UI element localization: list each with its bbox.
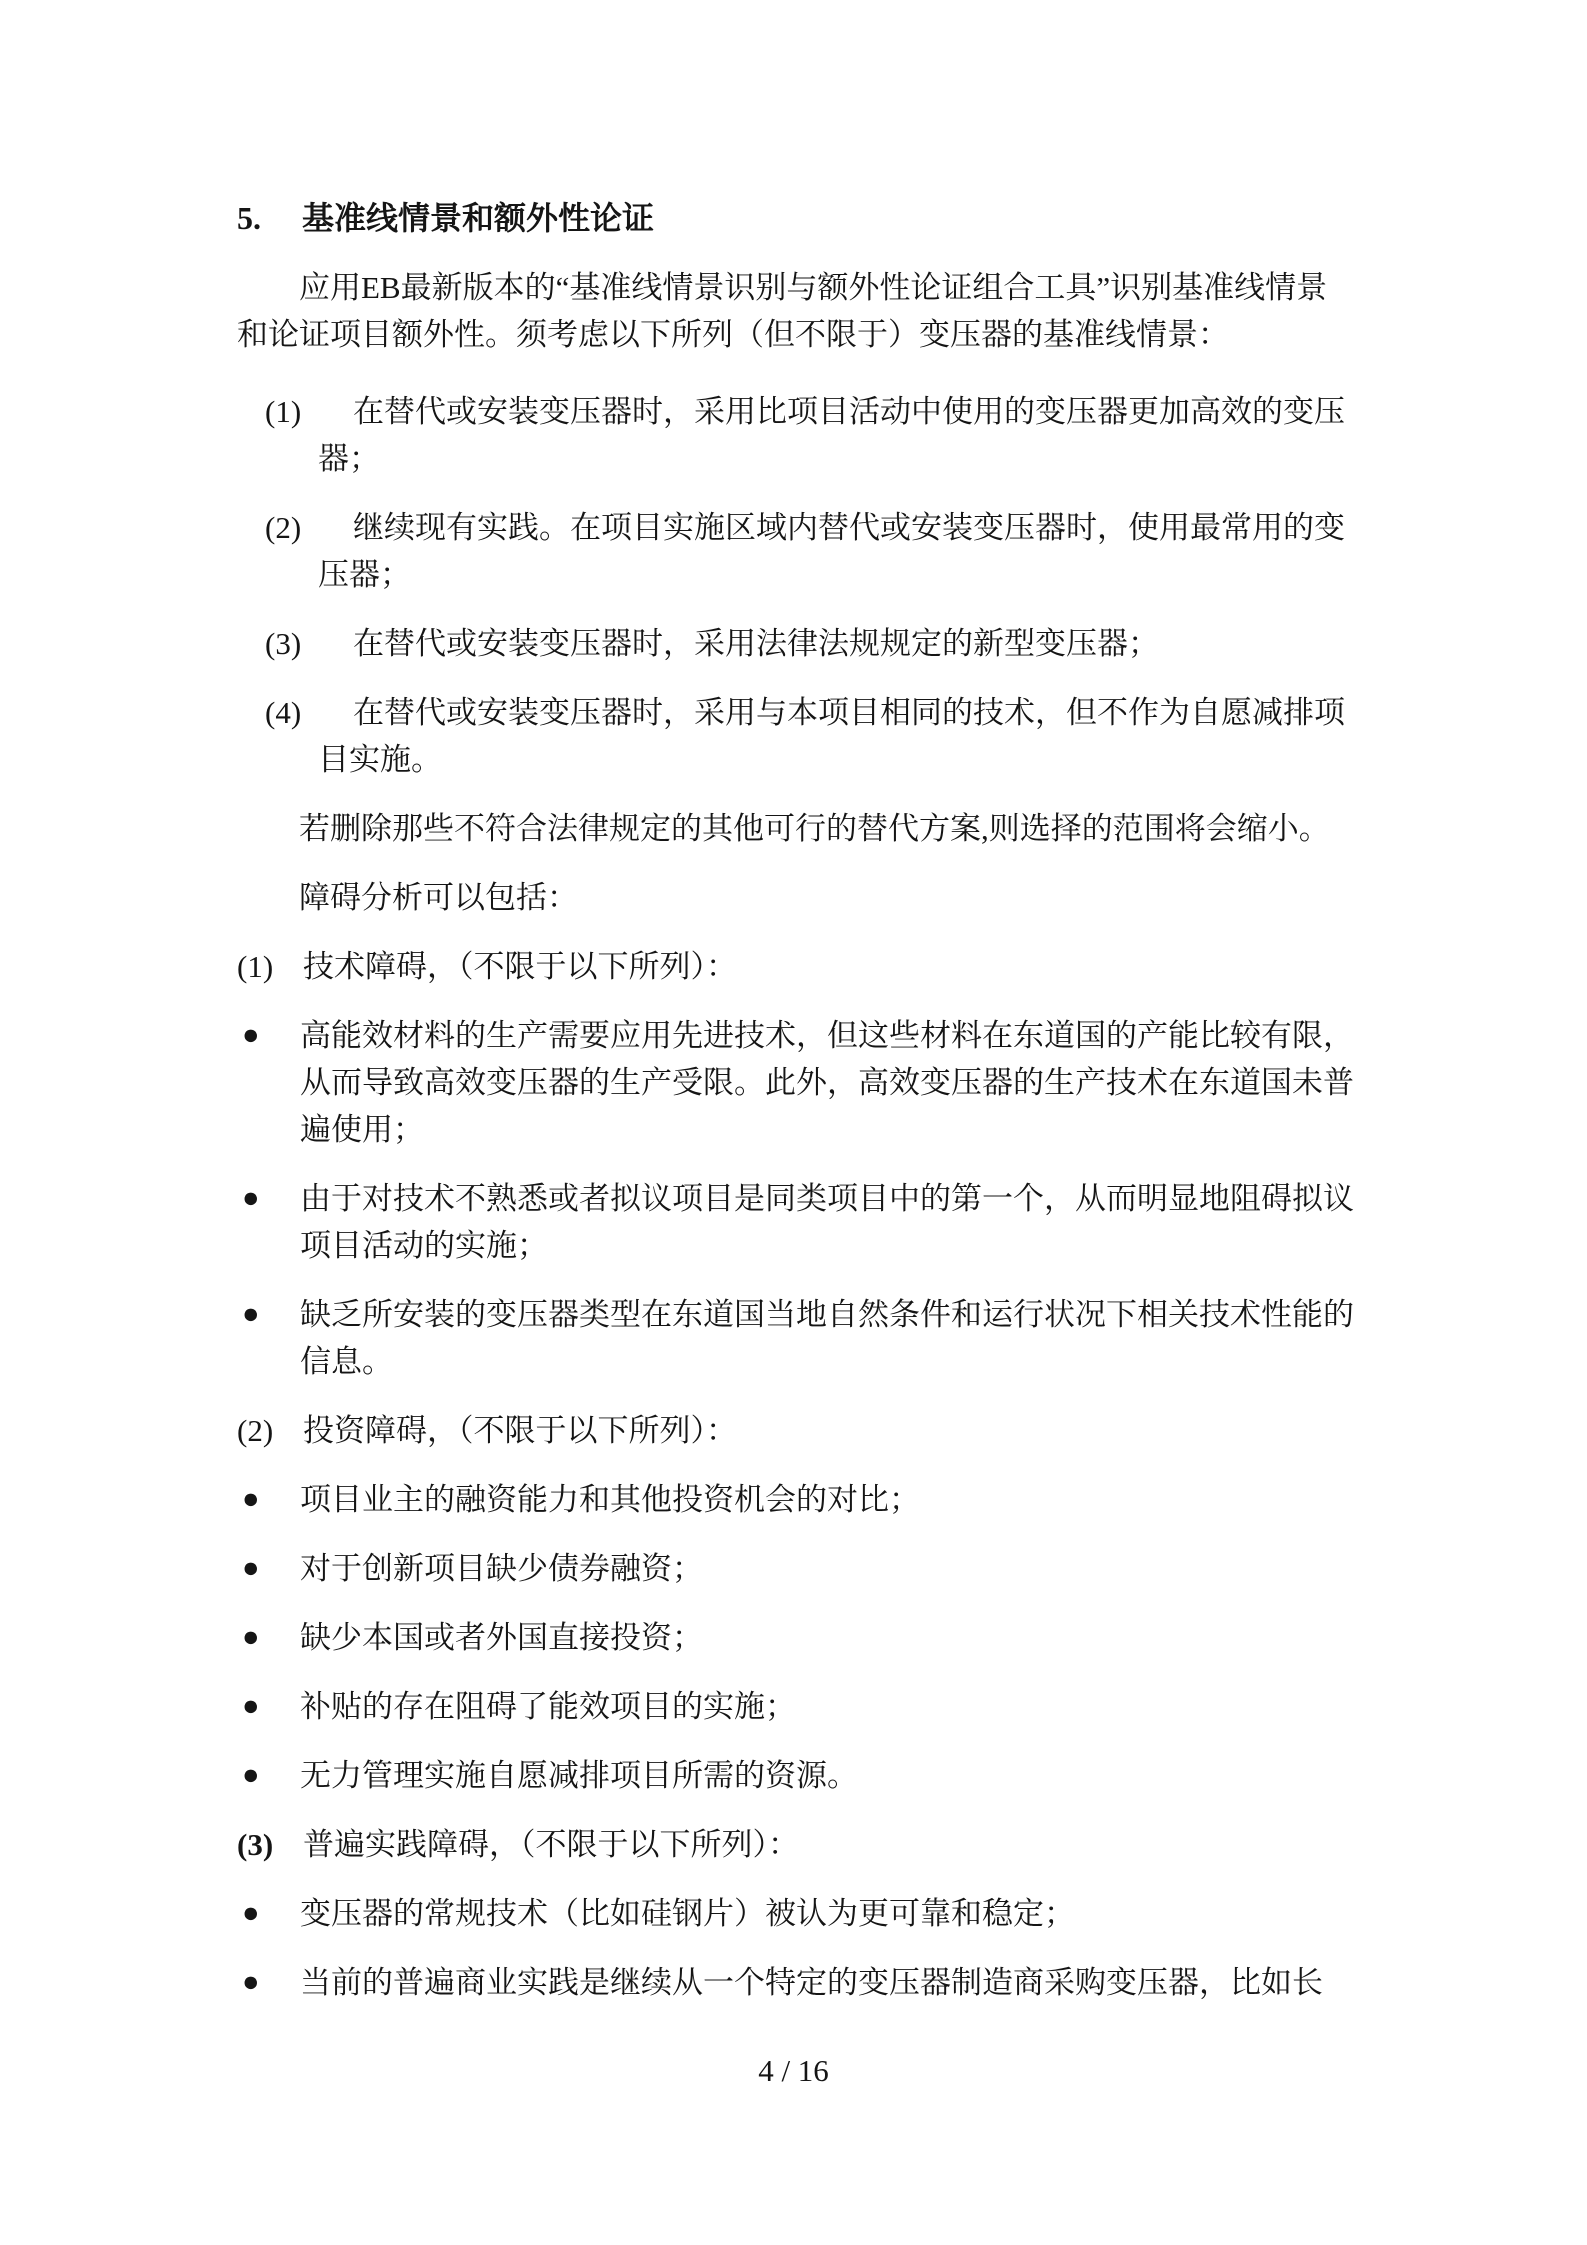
item-text: 在替代或安装变压器时，采用比项目活动中使用的变压器更加高效的变压器； <box>318 394 1345 476</box>
baseline-scenario-item-3: (3) 在替代或安装变压器时，采用法律法规规定的新型变压器； <box>237 620 1357 667</box>
item-number: (2) <box>265 504 301 551</box>
item-text: 继续现有实践。在项目实施区域内替代或安装变压器时，使用最常用的变压器； <box>318 510 1345 592</box>
bullet-icon: ● <box>242 1476 260 1523</box>
bullet-text: 变压器的常规技术（比如硅钢片）被认为更可靠和稳定； <box>300 1896 1075 1931</box>
bullet-text: 项目业主的融资能力和其他投资机会的对比； <box>300 1482 920 1517</box>
group-number: (3) <box>237 1821 303 1868</box>
bullet-text: 高能效材料的生产需要应用先进技术，但这些材料在东道国的产能比较有限，从而导致高效… <box>300 1018 1354 1147</box>
narrowing-note-paragraph: 若删除那些不符合法律规定的其他可行的替代方案,则选择的范围将会缩小。 <box>237 805 1357 852</box>
item-number: (3) <box>265 620 301 667</box>
section-title: 基准线情景和额外性论证 <box>302 200 654 236</box>
document-page: 5. 基准线情景和额外性论证 应用EB最新版本的“基准线情景识别与额外性论证组合… <box>0 0 1587 2245</box>
bullet-text: 当前的普遍商业实践是继续从一个特定的变压器制造商采购变压器，比如长 <box>300 1965 1323 2000</box>
bullet-text: 补贴的存在阻碍了能效项目的实施； <box>300 1689 796 1724</box>
bullet-text: 对于创新项目缺少债券融资； <box>300 1551 703 1586</box>
item-text: 在替代或安装变压器时，采用与本项目相同的技术，但不作为自愿减排项目实施。 <box>318 695 1345 777</box>
barrier-group-heading-1: (1)技术障碍，（不限于以下所列）： <box>237 943 1357 990</box>
bullet-item: ● 当前的普遍商业实践是继续从一个特定的变压器制造商采购变压器，比如长 <box>237 1959 1357 2006</box>
group-title: 普遍实践障碍，（不限于以下所列）： <box>303 1827 799 1862</box>
item-number: (1) <box>265 388 301 435</box>
group-number: (1) <box>237 943 303 990</box>
section-number: 5. <box>237 195 294 242</box>
item-text: 在替代或安装变压器时，采用法律法规规定的新型变压器； <box>353 626 1159 661</box>
bullet-item: ● 缺少本国或者外国直接投资； <box>237 1614 1357 1661</box>
baseline-scenario-item-1: (1) 在替代或安装变压器时，采用比项目活动中使用的变压器更加高效的变压器； <box>237 388 1357 482</box>
bullet-item: ● 补贴的存在阻碍了能效项目的实施； <box>237 1683 1357 1730</box>
bullet-item: ● 由于对技术不熟悉或者拟议项目是同类项目中的第一个，从而明显地阻碍拟议项目活动… <box>237 1175 1357 1269</box>
bullet-icon: ● <box>242 1175 260 1222</box>
bullet-icon: ● <box>242 1683 260 1730</box>
bullet-icon: ● <box>242 1614 260 1661</box>
bullet-icon: ● <box>242 1291 260 1338</box>
section-heading: 5. 基准线情景和额外性论证 <box>237 195 1357 242</box>
bullet-item: ● 高能效材料的生产需要应用先进技术，但这些材料在东道国的产能比较有限，从而导致… <box>237 1012 1357 1153</box>
baseline-scenario-item-4: (4) 在替代或安装变压器时，采用与本项目相同的技术，但不作为自愿减排项目实施。 <box>237 689 1357 783</box>
bullet-item: ● 项目业主的融资能力和其他投资机会的对比； <box>237 1476 1357 1523</box>
barrier-intro-paragraph: 障碍分析可以包括： <box>237 874 1357 921</box>
group-title: 技术障碍，（不限于以下所列）： <box>303 949 737 984</box>
barrier-group-heading-3: (3)普遍实践障碍，（不限于以下所列）： <box>237 1821 1357 1868</box>
bullet-text: 无力管理实施自愿减排项目所需的资源。 <box>300 1758 858 1793</box>
barrier-group-heading-2: (2)投资障碍，（不限于以下所列）： <box>237 1407 1357 1454</box>
bullet-icon: ● <box>242 1545 260 1592</box>
bullet-item: ● 对于创新项目缺少债券融资； <box>237 1545 1357 1592</box>
page-number: 4 / 16 <box>0 2047 1587 2094</box>
bullet-item: ● 缺乏所安装的变压器类型在东道国当地自然条件和运行状况下相关技术性能的信息。 <box>237 1291 1357 1385</box>
bullet-icon: ● <box>242 1012 260 1059</box>
group-number: (2) <box>237 1407 303 1454</box>
item-number: (4) <box>265 689 301 736</box>
bullet-text: 缺少本国或者外国直接投资； <box>300 1620 703 1655</box>
bullet-icon: ● <box>242 1959 260 2006</box>
bullet-item: ● 无力管理实施自愿减排项目所需的资源。 <box>237 1752 1357 1799</box>
bullet-text: 由于对技术不熟悉或者拟议项目是同类项目中的第一个，从而明显地阻碍拟议项目活动的实… <box>300 1181 1354 1263</box>
bullet-icon: ● <box>242 1890 260 1937</box>
intro-paragraph: 应用EB最新版本的“基准线情景识别与额外性论证组合工具”识别基准线情景和论证项目… <box>237 264 1357 358</box>
bullet-item: ● 变压器的常规技术（比如硅钢片）被认为更可靠和稳定； <box>237 1890 1357 1937</box>
group-title: 投资障碍，（不限于以下所列）： <box>303 1413 737 1448</box>
bullet-text: 缺乏所安装的变压器类型在东道国当地自然条件和运行状况下相关技术性能的信息。 <box>300 1297 1354 1379</box>
baseline-scenario-item-2: (2) 继续现有实践。在项目实施区域内替代或安装变压器时，使用最常用的变压器； <box>237 504 1357 598</box>
bullet-icon: ● <box>242 1752 260 1799</box>
